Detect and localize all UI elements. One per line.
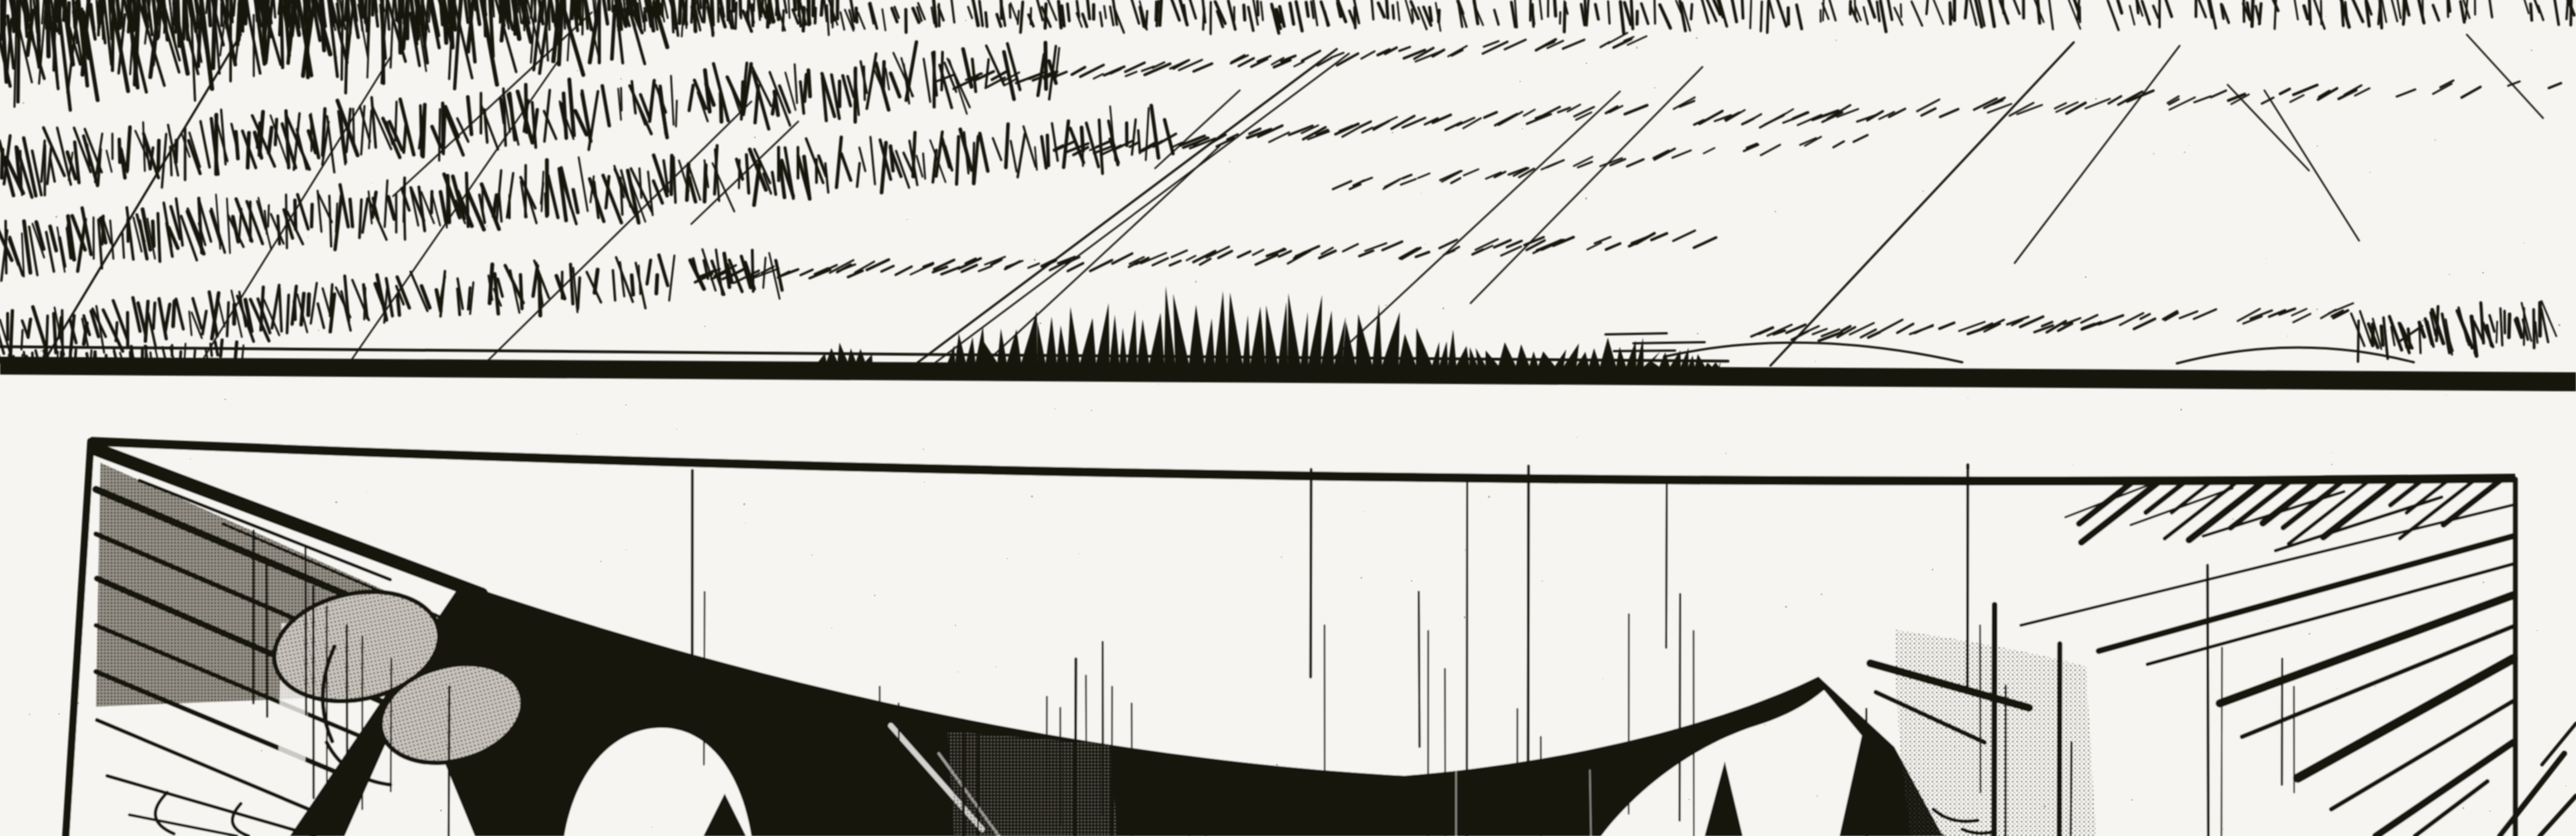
panel-eyes-art xyxy=(66,441,2576,836)
panel-field-art xyxy=(0,0,2576,391)
manga-page xyxy=(0,0,2576,836)
artwork-canvas xyxy=(0,0,2576,836)
